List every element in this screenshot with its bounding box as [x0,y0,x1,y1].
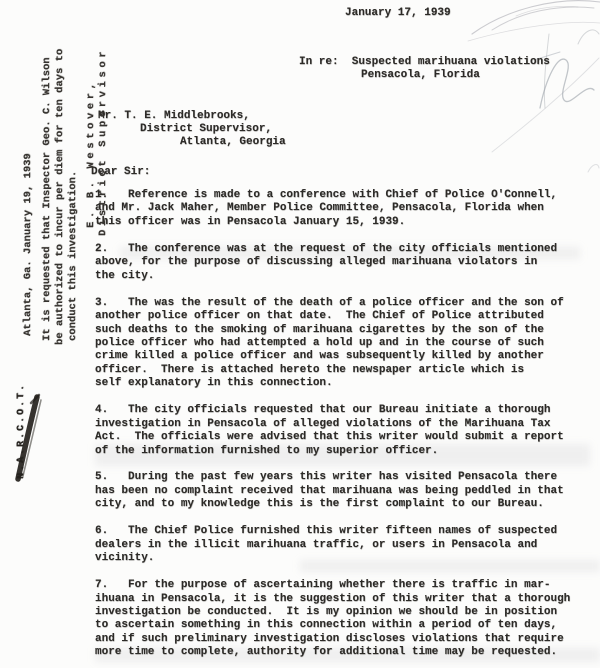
paragraph-line: vicinity. [95,552,587,565]
paragraph-line: 6. The Chief Police furnished this write… [95,525,587,538]
paragraph-line: to ascertain something in this connectio… [95,619,587,632]
recipient-line-name: Mr. T. E. Middlebrooks, [98,110,250,123]
margin-note-line-2: be authorized to incur per diem for ten … [54,49,66,345]
body-paragraph: 6. The Chief Police furnished this write… [95,525,587,565]
paragraph-line: 7. For the purpose of ascertaining wheth… [95,579,587,592]
body-paragraph: 4. The city officials requested that our… [95,404,587,458]
paragraph-line: officer. There is attached hereto the ne… [95,364,587,377]
recipient-line-city: Atlanta, Georgia [180,136,286,149]
paragraph-line: investigation be conducted. It is my opi… [95,606,587,619]
paragraph-line: and if such preliminary investigation di… [95,633,587,646]
body-paragraph: 1. Reference is made to a conference wit… [95,189,587,229]
paragraph-line: and Mr. Jack Maher, Member Police Commit… [95,202,587,215]
scanned-letter-page: January 17, 1939 In re: Suspected marihu… [0,0,600,668]
paragraph-line: city, and to my knowledge this is the fi… [95,498,587,511]
paragraph-line: crime killed a police officer and was su… [95,350,587,363]
body-paragraph: 2. The conference was at the request of … [95,243,587,283]
paragraph-line: 3. The was the result of the death of a … [95,297,587,310]
paragraph-line: 4. The city officials requested that our… [95,404,587,417]
paragraph-line: the city. [95,270,587,283]
paragraph-line: police officer who had attempted a hold … [95,337,587,350]
paragraph-line: this officer was in Pensacola January 15… [95,216,587,229]
date-line: January 17, 1939 [345,7,451,20]
paragraph-line: dealers in the illicit marihuana traffic… [95,539,587,552]
subject-line-1: In re: Suspected marihuana violations [299,56,550,69]
paragraph-line: more time to complete, authority for add… [95,646,587,659]
paragraph-line: self explanatory in this connection. [95,377,587,390]
body-paragraph: 7. For the purpose of ascertaining wheth… [95,579,587,660]
paragraph-line: Act. The officials were advised that thi… [95,431,587,444]
paragraph-line: of the information furnished to my super… [95,445,587,458]
margin-stamp-text: N.A.R.C.O.T. [16,383,28,479]
body-paragraph: 3. The was the result of the death of a … [95,297,587,391]
paragraph-line: ihuana in Pensacola, it is the suggestio… [95,593,587,606]
margin-place-date: Atlanta, Ga. January 19, 1939 [22,153,34,336]
paragraph-line: 1. Reference is made to a conference wit… [95,189,587,202]
margin-signature-title: District Supervisor [97,48,109,236]
paragraph-line: investigation in Pensacola of alleged vi… [95,418,587,431]
subject-line-2: Pensacola, Florida [361,69,480,82]
body-paragraph: 5. During the past few years this writer… [95,471,587,511]
paragraph-line: 2. The conference was at the request of … [95,243,587,256]
margin-signature-name: E. B. Westover, [85,79,97,228]
margin-note-line-3: conduct this investigation. [67,171,79,341]
paragraph-line: 5. During the past few years this writer… [95,471,587,484]
paragraph-line: above, for the purpose of discussing all… [95,256,587,269]
paragraph-line: another police officer on that date. The… [95,310,587,323]
margin-note-line-1: It is requested that Inspector Geo. C. W… [41,57,53,341]
recipient-line-title: District Supervisor, [140,123,272,136]
paragraph-line: has been no complaint received that mari… [95,485,587,498]
pencil-scribble-icon [492,30,599,172]
faint-stamp-circle-icon [468,1,600,41]
body-paragraphs: 1. Reference is made to a conference wit… [95,189,587,668]
paragraph-line: such deaths to the smoking of marihuana … [95,324,587,337]
